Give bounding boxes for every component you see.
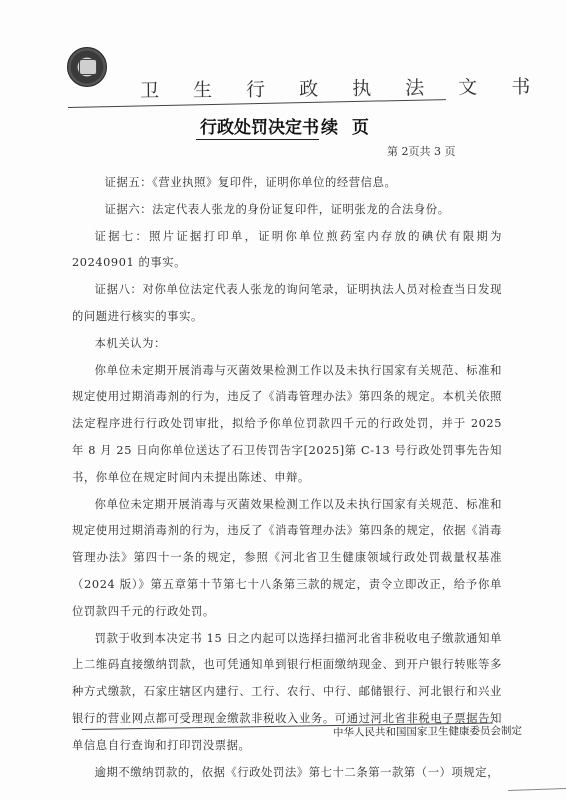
payment-paragraph: 罚款于收到本决定书 15 日之内起可以选择扫描河北省非税收电子缴款通知单上二维码… (72, 626, 502, 760)
document-body: 证据五：《营业执照》复印件，证明你单位的经营信息。 证据六：法定代表人张龙的身份… (82, 170, 502, 786)
document-title: 行政处罚决定书续 页 (196, 113, 373, 138)
continuation-label: 续 页 (321, 118, 373, 138)
emblem-icon (67, 47, 107, 87)
decision-paragraph: 你单位未定期开展消毒与灭菌效果检测工作以及未执行国家有关规范、标准和规定使用过期… (72, 492, 502, 626)
emblem-center-icon (79, 59, 97, 75)
evidence-8: 证据八：对你单位法定代表人张龙的询问笔录，证明执法人员对检查当日发现的问题进行核… (72, 277, 502, 331)
overdue-paragraph: 逾期不缴纳罚款的，依据《行政处罚法》第七十二条第一款第（一）项规定， (72, 760, 502, 787)
document-page: 卫 生 行 政 执 法 文 书 行政处罚决定书续 页 第 2页共 3 页 证据五… (0, 0, 566, 800)
evidence-5: 证据五：《营业执照》复印件，证明你单位的经营信息。 (82, 170, 502, 197)
issuing-authority: 中华人民共和国国家卫生健康委员会制定 (333, 723, 522, 740)
finding-paragraph: 你单位未定期开展消毒与灭菌效果检测工作以及未执行国家有关规范、标准和规定使用过期… (72, 358, 502, 492)
scan-edge-mark (508, 788, 566, 791)
document-title-main: 行政处罚决定书 (196, 118, 319, 140)
authority-opinion-heading: 本机关认为： (72, 331, 502, 358)
page-counter: 第 2页共 3 页 (387, 143, 456, 159)
series-title: 卫 生 行 政 执 法 文 书 (140, 72, 545, 103)
evidence-6: 证据六：法定代表人张龙的身份证复印件，证明张龙的合法身份。 (82, 197, 502, 224)
evidence-7: 证据七：照片证据打印单，证明你单位煎药室内存放的碘伏有限期为 20240901 … (72, 224, 502, 278)
